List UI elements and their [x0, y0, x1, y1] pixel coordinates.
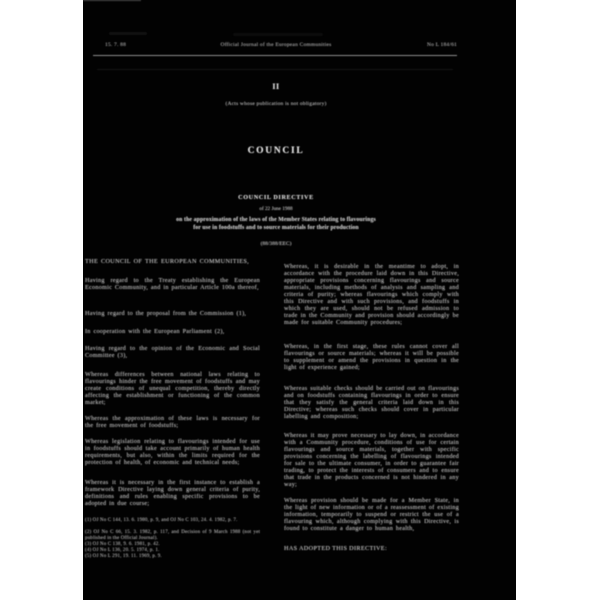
preamble-paragraph: Having regard to the Treaty establishing…: [85, 277, 260, 291]
page-content: 15. 7. 88 Official Journal of the Europe…: [83, 0, 516, 600]
preamble-party-line: THE COUNCIL OF THE EUROPEAN COMMUNITIES,: [85, 258, 260, 265]
act-subject-line-2: for use in foodstuffs and to source mate…: [87, 225, 465, 231]
recital-paragraph: Whereas suitable checks should be carrie…: [284, 385, 459, 420]
scan-artifact: [233, 33, 323, 36]
institution-heading: COUNCIL: [87, 146, 465, 156]
act-date-line: of 22 June 1988: [87, 206, 465, 212]
recital-paragraph: Whereas legislation relating to flavouri…: [85, 438, 260, 466]
section-subtitle: (Acts whose publication is not obligator…: [87, 101, 465, 107]
preamble-paragraph: In cooperation with the European Parliam…: [85, 328, 260, 335]
act-number: (88/388/EEC): [87, 241, 465, 247]
scan-artifact: [109, 32, 147, 35]
recital-paragraph: Whereas, in the first stage, these rules…: [284, 343, 459, 371]
recital-paragraph: Whereas provision should be made for a M…: [284, 497, 459, 532]
footnote-separator-rule: [83, 0, 141, 1]
header-ghost-rule: [97, 69, 453, 70]
enacting-formula-line: HAS ADOPTED THIS DIRECTIVE:: [284, 545, 387, 552]
footnote-item: (5) OJ No L 291, 19. 11. 1969, p. 9.: [85, 554, 260, 560]
recital-paragraph: Whereas, it is desirable in the meantime…: [284, 263, 459, 326]
footnote-item: (1) OJ No C 144, 13. 6. 1980, p. 9, and …: [85, 518, 260, 524]
recital-paragraph: Whereas differences between national law…: [85, 371, 260, 406]
footnote-item: (2) OJ No C 66, 15. 3. 1982, p. 117, and…: [85, 530, 260, 542]
section-numeral: II: [87, 82, 465, 91]
preamble-paragraph: Having regard to the proposal from the C…: [85, 310, 260, 317]
header-rule: [93, 55, 457, 56]
recital-paragraph: Whereas the approximation of these laws …: [85, 415, 260, 429]
act-subject-line-1: on the approximation of the laws of the …: [87, 217, 465, 223]
preamble-paragraph: Having regard to the opinion of the Econ…: [85, 345, 260, 359]
act-type-heading: COUNCIL DIRECTIVE: [87, 194, 465, 201]
header-page-number: No L 184/61: [87, 42, 457, 48]
recital-paragraph: Whereas it is necessary in the first ins…: [85, 479, 260, 507]
scanned-document-canvas: 15. 7. 88 Official Journal of the Europe…: [0, 0, 600, 600]
recital-paragraph: Whereas it may prove necessary to lay do…: [284, 432, 459, 488]
journal-page-scan: 15. 7. 88 Official Journal of the Europe…: [83, 0, 516, 600]
